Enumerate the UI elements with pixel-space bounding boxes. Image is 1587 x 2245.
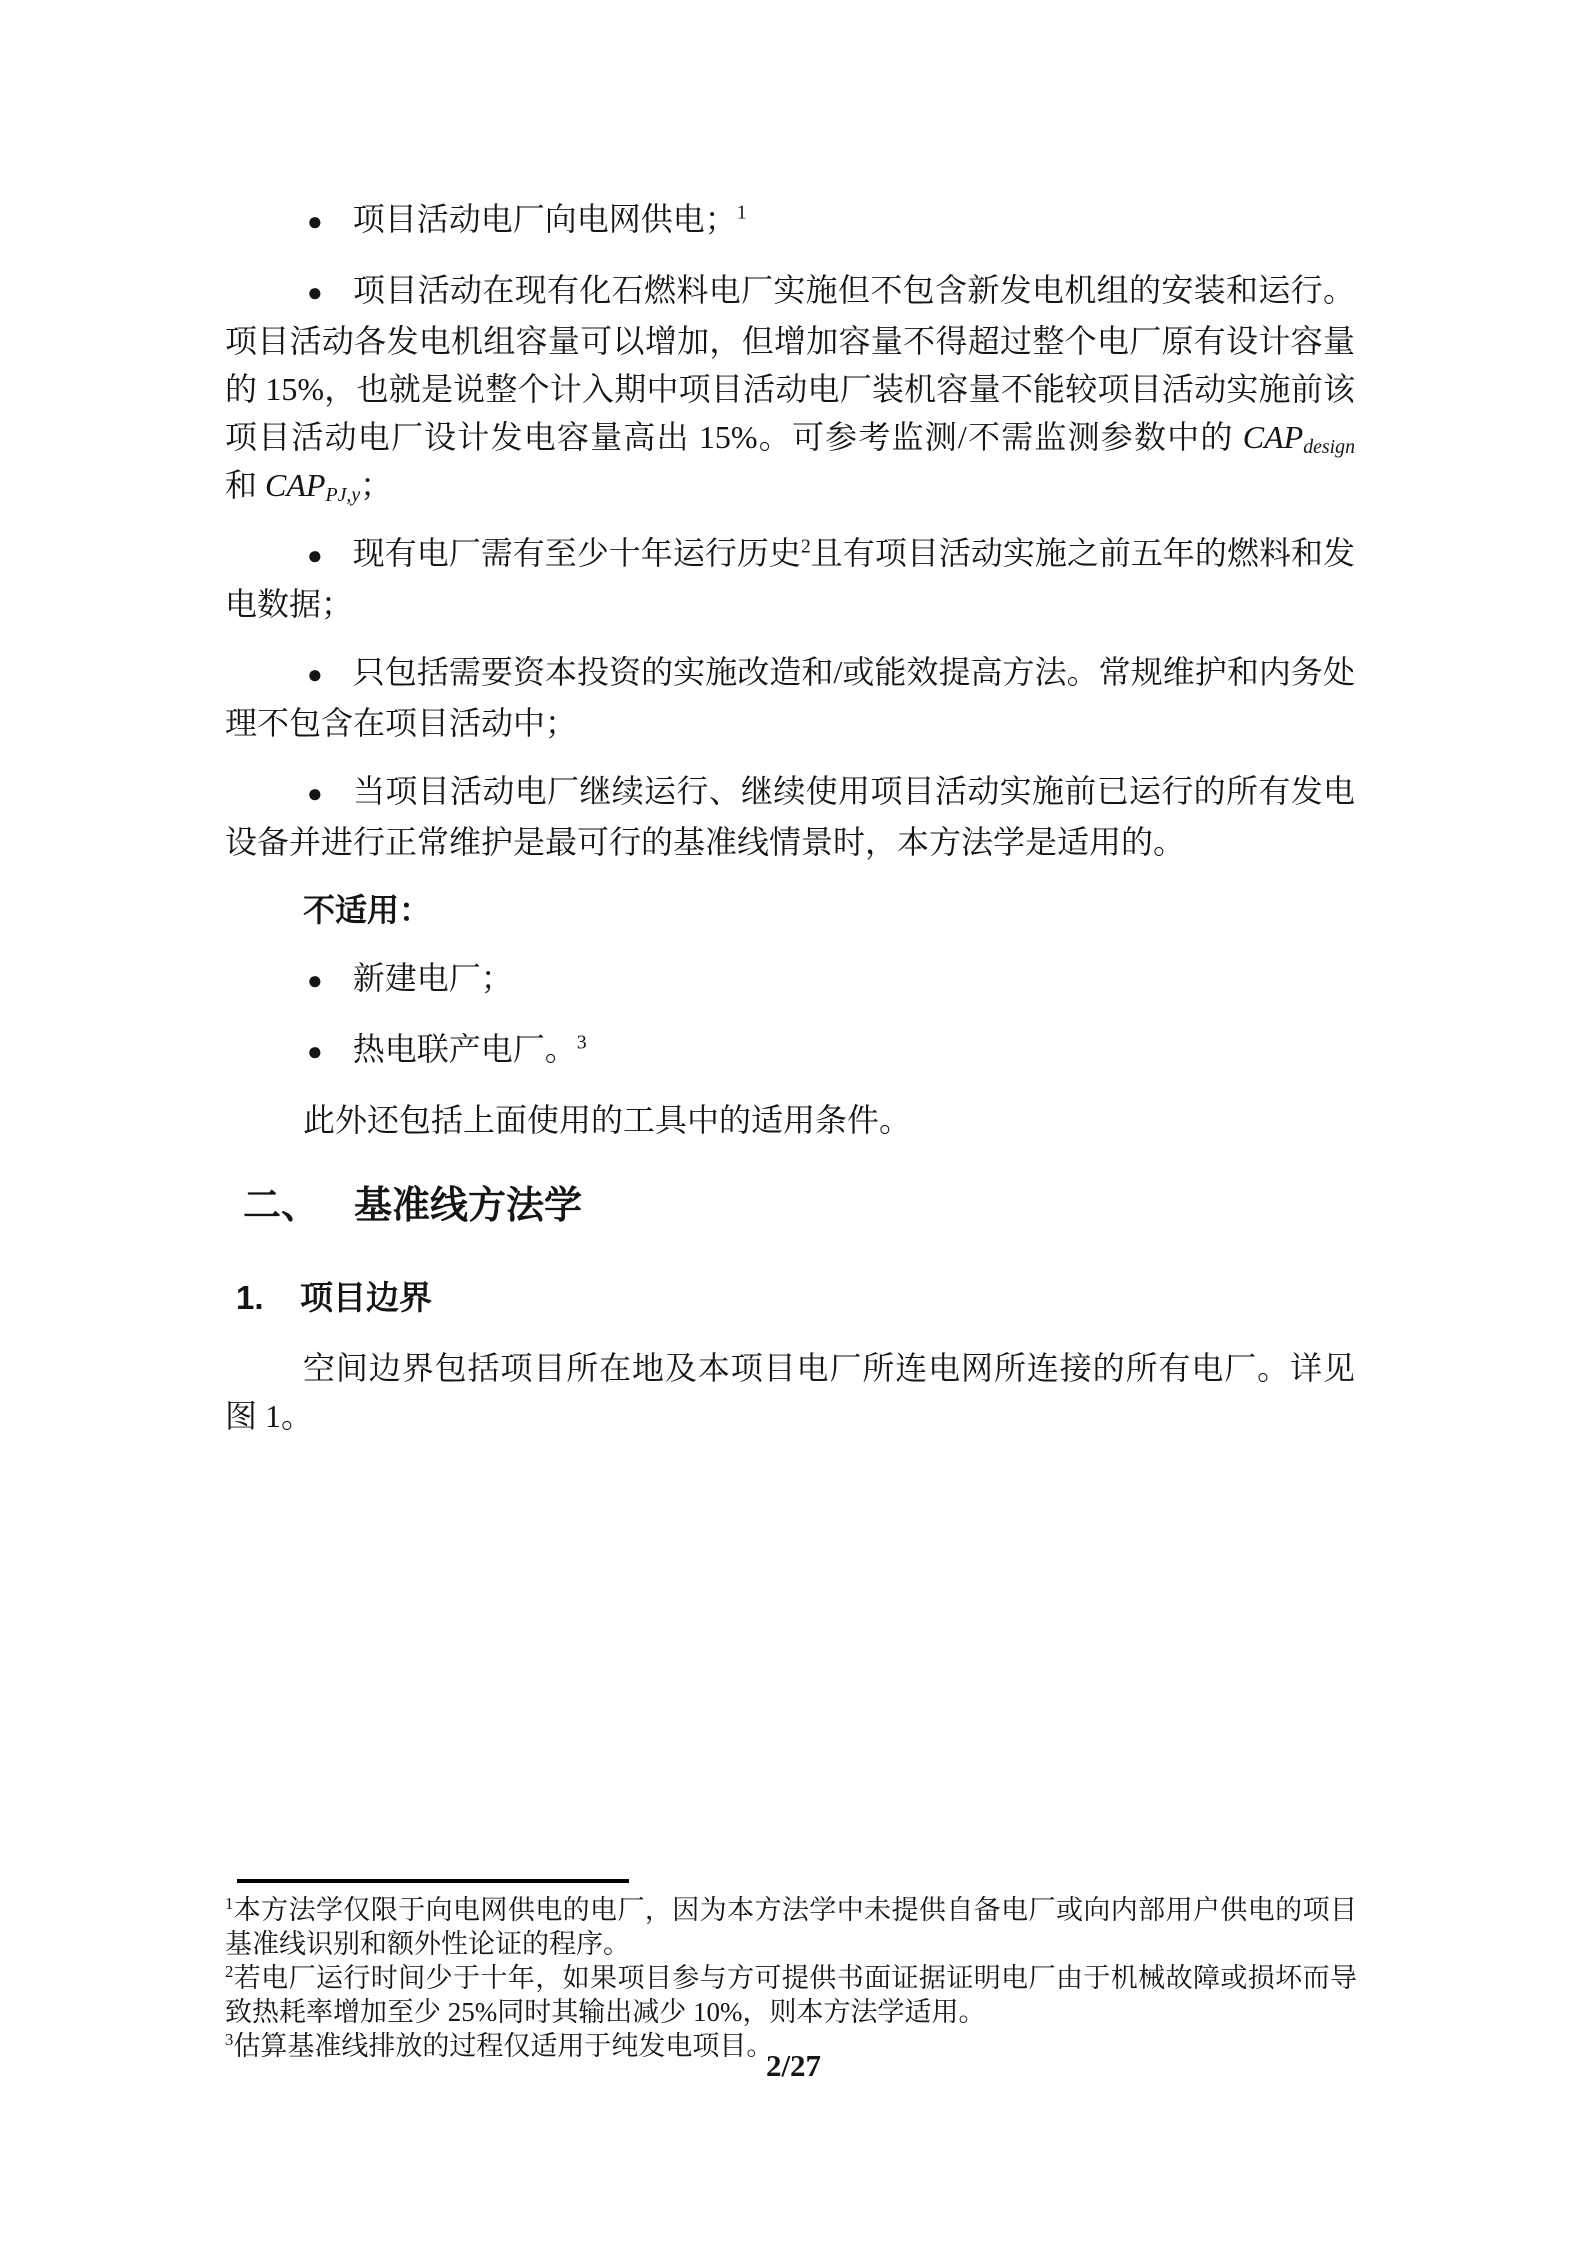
bullet-text: 热电联产电厂。 [353,1031,577,1067]
not-applicable-heading: 不适用： [225,886,1355,934]
bullet-item: ●项目活动在现有化石燃料电厂实施但不包含新发电机组的安装和运行。项目活动各发电机… [225,266,1355,509]
paragraph: 空间边界包括项目所在地及本项目电厂所连电网所连接的所有电厂。详见图 1。 [225,1344,1355,1440]
bullet-text: 现有电厂需有至少十年运行历史 [353,535,801,571]
bullet-icon: ● [307,207,353,236]
bullet-text: 只包括需要资本投资的实施改造和/或能效提高方法。常规维护和内务处理不包含在项目活… [225,654,1355,741]
bullet-icon: ● [307,541,353,570]
bullet-item: ●当项目活动电厂继续运行、继续使用项目活动实施前已运行的所有发电设备并进行正常维… [225,767,1355,866]
bullet-item: ●只包括需要资本投资的实施改造和/或能效提高方法。常规维护和内务处理不包含在项目… [225,648,1355,747]
page-number: 2/27 [0,2048,1587,2084]
bullet-item: ●项目活动电厂向电网供电；1 [225,195,1355,246]
bullet-text: 项目活动在现有化石燃料电厂实施但不包含新发电机组的安装和运行。项目活动各发电机组… [225,272,1355,455]
bullet-icon: ● [307,966,353,995]
footnote-separator [237,1879,629,1883]
section-title: 基准线方法学 [354,1185,582,1227]
document-body: ●项目活动电厂向电网供电；1 ●项目活动在现有化石燃料电厂实施但不包含新发电机组… [225,195,1355,1460]
heading-text: 不适用： [303,892,431,928]
bullet-icon: ● [307,278,353,307]
footnote-text: 本方法学仅限于向电网供电的电厂，因为本方法学中未提供自备电厂或向内部用户供电的项… [225,1895,1357,1959]
paragraph-text: 此外还包括上面使用的工具中的适用条件。 [303,1102,911,1138]
bullet-item: ●现有电厂需有至少十年运行历史2且有项目活动实施之前五年的燃料和发电数据； [225,529,1355,628]
section-number: 二、 [243,1178,354,1234]
bullet-text: 当项目活动电厂继续运行、继续使用项目活动实施前已运行的所有发电设备并进行正常维护… [225,773,1355,860]
footnote-ref-3: 3 [577,1031,587,1053]
bullet-text: ； [360,467,392,503]
document-page: ●项目活动电厂向电网供电；1 ●项目活动在现有化石燃料电厂实施但不包含新发电机组… [0,0,1587,2245]
bullet-item: ●新建电厂； [225,954,1355,1005]
footnote-ref-1: 1 [737,201,747,223]
subsection-heading-project-boundary: 1.项目边界 [225,1274,1355,1322]
footnote-text: 若电厂运行时间少于十年，如果项目参与方可提供书面证据证明电厂由于机械故障或损坏而… [225,1963,1357,2027]
paragraph: 此外还包括上面使用的工具中的适用条件。 [225,1096,1355,1144]
math-variable-cap-design: CAP [1243,419,1303,455]
footnote: 1本方法学仅限于向电网供电的电厂，因为本方法学中未提供自备电厂或向内部用户供电的… [225,1893,1357,1961]
footnote-ref-2: 2 [801,535,811,557]
bullet-text: 新建电厂； [353,960,513,996]
paragraph-text: 空间边界包括项目所在地及本项目电厂所连电网所连接的所有电厂。详见图 1。 [225,1350,1355,1434]
footnote: 2若电厂运行时间少于十年，如果项目参与方可提供书面证据证明电厂由于机械故障或损坏… [225,1961,1357,2029]
subsection-number: 1. [236,1274,300,1322]
bullet-icon: ● [307,779,353,808]
bullet-icon: ● [307,660,353,689]
math-variable-cap-pjy: CAP [265,467,325,503]
bullet-text: 和 [225,467,265,503]
bullet-text: 项目活动电厂向电网供电； [353,201,737,237]
math-subscript: PJ,y [325,484,360,506]
section-heading-baseline-methodology: 二、基准线方法学 [225,1178,1355,1234]
footnotes-section: 1本方法学仅限于向电网供电的电厂，因为本方法学中未提供自备电厂或向内部用户供电的… [225,1879,1357,2063]
subsection-title: 项目边界 [300,1279,432,1316]
bullet-item: ●热电联产电厂。3 [225,1025,1355,1076]
bullet-icon: ● [307,1037,353,1066]
math-subscript: design [1303,436,1355,458]
